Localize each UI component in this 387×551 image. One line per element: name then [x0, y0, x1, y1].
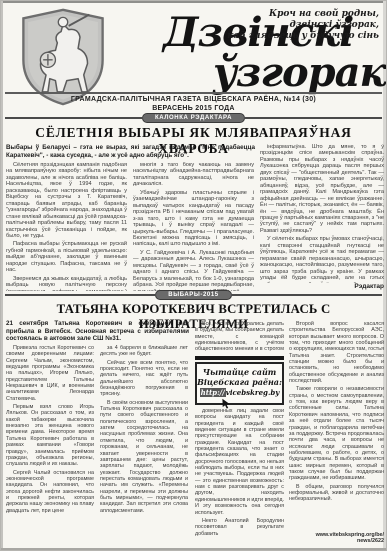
site-promo-line2: Віцебскага раёна: [197, 377, 282, 387]
article1-signature: Рэдактар [260, 283, 384, 290]
elections-2015-badge: ВЫБАРЫ-2015 [155, 290, 231, 300]
article2-column-3-top: Всё, что мы собирались делать в будущем,… [195, 321, 284, 354]
editor-column-badge-row: КАЛОНКА РЭДАКТАРА [5, 113, 382, 123]
badge-rule-left [5, 294, 155, 296]
site-promo-box: Чытайце сайт Віцебскага раёна: http://vi… [195, 362, 284, 405]
source-url-link[interactable]: www.vitebskspring.org/be/news/2622 [289, 532, 384, 545]
article1-column-1: Сёлетняя прэзідэнцкая кампанія падобная … [6, 162, 127, 291]
article2-column-4: Второй вопрос касался строительства Бело… [289, 321, 384, 530]
badge-rule-right [232, 294, 382, 296]
editor-column-badge: КАЛОНКА РЭДАКТАРА [142, 113, 245, 123]
newspaper-page: Дзвінскі ўзгорак Кроч на свой родны,дзві… [0, 0, 387, 551]
article1-column-3: інфарматыўна. Што да мяне, то я ў прэзід… [260, 144, 384, 283]
scan-edge-left [1, 1, 3, 550]
article2-column-3-bottom: доверенных лиц задали свои вопросы канди… [195, 408, 284, 548]
article1-lead: Выбары ў Беларусі – гэта не выраз, які з… [6, 144, 255, 159]
masthead-motto: Кроч на свой родны,дзвінскі ўзгорак,каб … [227, 9, 379, 42]
site-promo-link[interactable]: http://vicebskreg.by [197, 388, 282, 398]
scan-edge-top [1, 1, 386, 3]
site-promo-url-host: vicebskreg.by [226, 388, 280, 397]
column-divider-bar [195, 356, 284, 360]
masthead-title-line2: ўзгорак [213, 53, 386, 93]
site-promo-line1: Чытайце сайт [197, 367, 282, 377]
scan-edge-bottom [1, 548, 386, 550]
article2-column-1: Привезла гостья Короткевич со своими дов… [6, 345, 94, 548]
article2-column-2: за 4 барреля в ближайшие лет десять уже … [100, 345, 188, 548]
badge-rule-right [245, 117, 382, 119]
article1-column-2: многія з таго боку чакаюць на замену нас… [133, 162, 254, 291]
masthead-rule [5, 92, 382, 94]
article2-lead: 21 сентября Татьяна Короткевич в очередн… [6, 320, 189, 343]
newspaper-subtitle: ГРАМАДСКА-ПАЛІТЫЧНАЯ ГАЗЕТА ВІЦЕБСКАГА Р… [1, 96, 386, 113]
subtitle-line1: ГРАМАДСКА-ПАЛІТЫЧНАЯ ГАЗЕТА ВІЦЕБСКАГА Р… [1, 96, 386, 105]
subtitle-line2: ВЕРАСЕНЬ 2015 ГОДА [1, 105, 386, 114]
badge-rule-left [5, 117, 142, 119]
elections-badge-row: ВЫБАРЫ-2015 [5, 290, 382, 300]
